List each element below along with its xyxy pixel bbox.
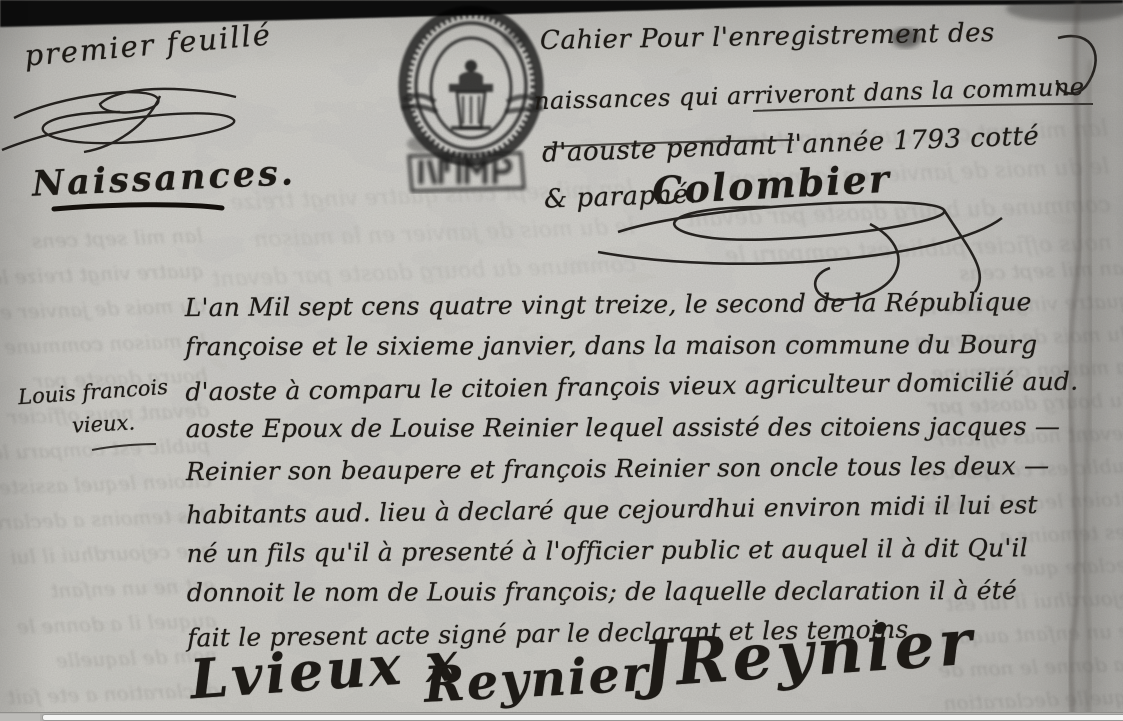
register-title-line: Cahier Pour l'enregistrement des bbox=[540, 18, 995, 56]
signature-reynier: Reynier bbox=[423, 644, 651, 714]
section-title-underline bbox=[54, 205, 222, 209]
margin-note-line: vieux. bbox=[71, 410, 135, 437]
act-line: L'an Mil sept cens quatre vingt treize, … bbox=[185, 287, 1078, 334]
register-title-line: naissances qui arriveront dans la commun… bbox=[534, 73, 1085, 115]
paraph-flourish-icon bbox=[2, 89, 236, 152]
register-title-block: Cahier Pour l'enregistrement des naissan… bbox=[540, 22, 1123, 262]
horizontal-scrollbar[interactable] bbox=[0, 712, 1123, 721]
scrollbar-thumb[interactable] bbox=[42, 714, 1123, 721]
act-line: aoste Epoux de Louise Reinier lequel ass… bbox=[186, 412, 1079, 455]
act-line: françoise et le sixieme janvier, dans la… bbox=[185, 330, 1078, 373]
act-line: d'aoste à comparu le citoien françois vi… bbox=[185, 367, 1078, 419]
scanned-register-page: lan mil sept cens quatre vingt treize le… bbox=[0, 0, 1123, 721]
margin-note-line: Louis francois bbox=[17, 375, 168, 409]
folio-note: premier feuillé bbox=[23, 17, 273, 73]
section-title: Naissances. bbox=[31, 152, 297, 204]
official-stamp-icon bbox=[393, 4, 553, 194]
registrar-signature: Colombier bbox=[651, 156, 892, 213]
scrollbar-corner bbox=[0, 714, 40, 721]
act-line: né un fils qu'il à presenté à l'officier… bbox=[186, 533, 1079, 580]
